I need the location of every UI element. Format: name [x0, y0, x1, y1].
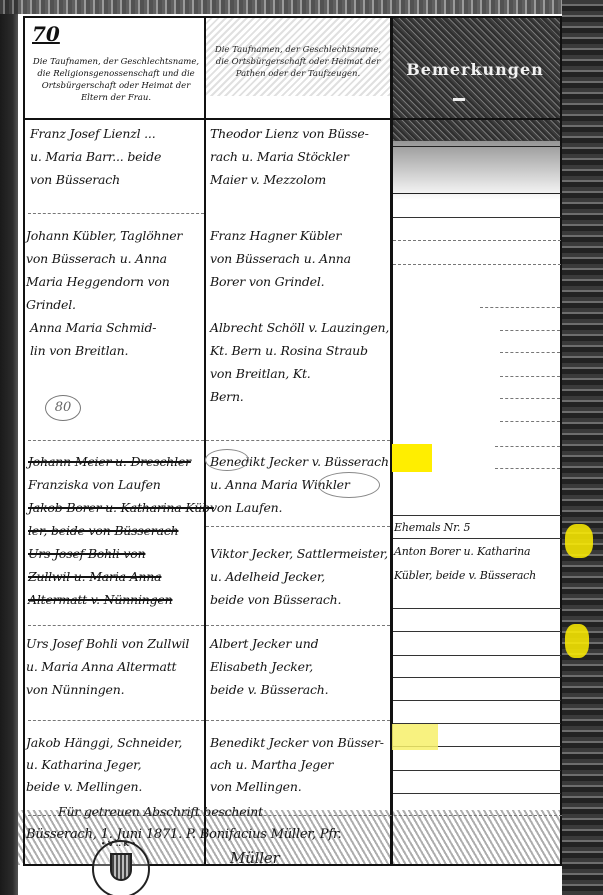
row-separator [28, 720, 204, 721]
ruled-line [393, 608, 561, 609]
entry-1-parents-line: von Büsserach [30, 170, 120, 190]
entry-4-parents-struck: ler, beide von Büsserach [28, 521, 178, 541]
entry-3-parents-line: lin von Breitlan. [30, 341, 128, 361]
page-number: 70 [32, 22, 60, 46]
ruled-line [393, 793, 561, 794]
pencil-circle [318, 472, 380, 498]
row-separator [206, 625, 390, 626]
ruled-line [393, 240, 561, 241]
entry-6-parents-line: Urs Josef Bohli von Zullwil [26, 634, 189, 654]
ruled-line [393, 655, 561, 656]
entry-5-godparents-line: Viktor Jecker, Sattlermeister, [210, 544, 388, 564]
yellow-highlight [392, 444, 432, 472]
ruled-line [393, 677, 561, 678]
entry-3-godparents-line: Bern. [210, 387, 244, 407]
ruled-line [393, 217, 561, 218]
entry-3-godparents-line: Albrecht Schöll v. Lauzingen, [210, 318, 389, 338]
entry-7-parents-line: Jakob Hänggi, Schneider, [26, 733, 182, 753]
column-header-parents: Die Taufnamen, der Geschlechtsname, die … [28, 56, 204, 104]
entry-3-godparents-line: von Breitlan, Kt. [210, 364, 311, 384]
column-divider [204, 16, 206, 866]
ruled-line [500, 330, 560, 331]
stamp-text: • V .. K • [101, 840, 136, 848]
ruled-line [500, 352, 560, 353]
binding-edge [0, 0, 18, 895]
ruled-line [500, 376, 560, 377]
entry-3-godparents-line: Kt. Bern u. Rosina Straub [210, 341, 368, 361]
entry-7-godparents-line: ach u. Martha Jeger [210, 755, 333, 775]
entry-6-godparents-line: Albert Jecker und [210, 634, 318, 654]
entry-5-parents-struck: Zullwil u. Maria Anna [28, 567, 161, 587]
row-separator [206, 440, 390, 441]
row-separator [28, 625, 204, 626]
entry-1-parents-line: Franz Josef Lienzl ... [30, 124, 155, 144]
header-mark [453, 98, 465, 101]
entry-4-parents-struck: Johann Meier u. Dreschler [28, 452, 191, 472]
entry-1-godparents-line: Theodor Lienz von Büsse- [210, 124, 369, 144]
entry-1-godparents-line: Maier v. Mezzolom [210, 170, 326, 190]
entry-7-godparents-line: Benedikt Jecker von Büsser- [210, 733, 384, 753]
entry-5-parents-struck: Urs Josef Bohli von [28, 544, 145, 564]
entry-7-godparents-line: von Mellingen. [210, 777, 301, 797]
entry-5-remark-line: Kübler, beide v. Büsserach [394, 566, 536, 586]
ruled-line [393, 193, 561, 194]
entry-1-godparents-line: rach u. Maria Stöckler [210, 147, 349, 167]
entry-6-parents-line: von Nünningen. [26, 680, 124, 700]
entry-4-parents-struck: Jakob Borer u. Katharina Küb- [28, 498, 214, 518]
entry-1-parents-line: u. Maria Barr... beide [30, 147, 161, 167]
entry-6-parents-line: u. Maria Anna Altermatt [26, 657, 176, 677]
entry-5-godparents-line: u. Adelheid Jecker, [210, 567, 325, 587]
entry-2-godparents-line: Borer von Grindel. [210, 272, 324, 292]
entry-5-remark-line: Ehemals Nr. 5 [394, 518, 470, 538]
ruled-line [480, 307, 560, 308]
entry-7-parents-line: u. Katharina Jeger, [26, 755, 141, 775]
seal-shield-icon [110, 853, 132, 881]
entry-7-parents-line: beide v. Mellingen. [26, 777, 142, 797]
ruled-line [495, 468, 560, 469]
ruled-line [393, 515, 561, 516]
entry-3-parents-line: Anna Maria Schmid- [30, 318, 156, 338]
ruled-line [500, 421, 560, 422]
row-separator [206, 720, 390, 721]
ruled-line [393, 631, 561, 632]
yellow-highlight [392, 724, 438, 750]
ruled-line [500, 398, 560, 399]
entry-2-parents-line: Johann Kübler, Taglöhner [26, 226, 182, 246]
entry-6-godparents-line: beide v. Büsserach. [210, 680, 328, 700]
ruled-line [393, 770, 561, 771]
row-separator [28, 213, 204, 214]
row-separator [28, 440, 204, 441]
row-separator [206, 526, 390, 527]
column-header-godparents: Die Taufnamen, der Geschlechtsname, die … [208, 44, 388, 80]
entry-5-parents-struck: Altermatt v. Nünningen [28, 590, 172, 610]
entry-6-godparents-line: Elisabeth Jecker, [210, 657, 313, 677]
right-scan-edge [562, 0, 603, 895]
entry-2-parents-line: Grindel. [26, 295, 76, 315]
entry-4-parents-line: Franziska von Laufen [28, 475, 161, 495]
top-scan-edge [0, 0, 603, 14]
entry-2-parents-line: Maria Heggendorn von [26, 272, 170, 292]
signature: Müller [230, 848, 279, 868]
header-divider [23, 118, 562, 120]
pencil-circle [205, 449, 249, 471]
certification-line: Büsserach, 1. Juni 1871. P. Bonifacius M… [26, 825, 341, 845]
ruled-line [393, 146, 561, 147]
column-header-remarks: Bemerkungen [400, 60, 550, 79]
ruled-line [495, 446, 560, 447]
certification-line: Für getreuen Abschrift bescheint [58, 802, 263, 822]
margin-note-circled: 80 [45, 395, 81, 421]
ruled-line [393, 264, 561, 265]
entry-5-remark-line: Anton Borer u. Katharina [394, 542, 530, 562]
entry-2-parents-line: von Büsserach u. Anna [26, 249, 167, 269]
yellow-highlight [565, 524, 593, 558]
entry-4-godparents-line: von Laufen. [210, 498, 282, 518]
ruled-line [393, 538, 561, 539]
entry-2-godparents-line: Franz Hagner Kübler [210, 226, 341, 246]
yellow-highlight [565, 624, 589, 658]
entry-5-godparents-line: beide von Büsserach. [210, 590, 341, 610]
ruled-line [393, 700, 561, 701]
entry-2-godparents-line: von Büsserach u. Anna [210, 249, 351, 269]
